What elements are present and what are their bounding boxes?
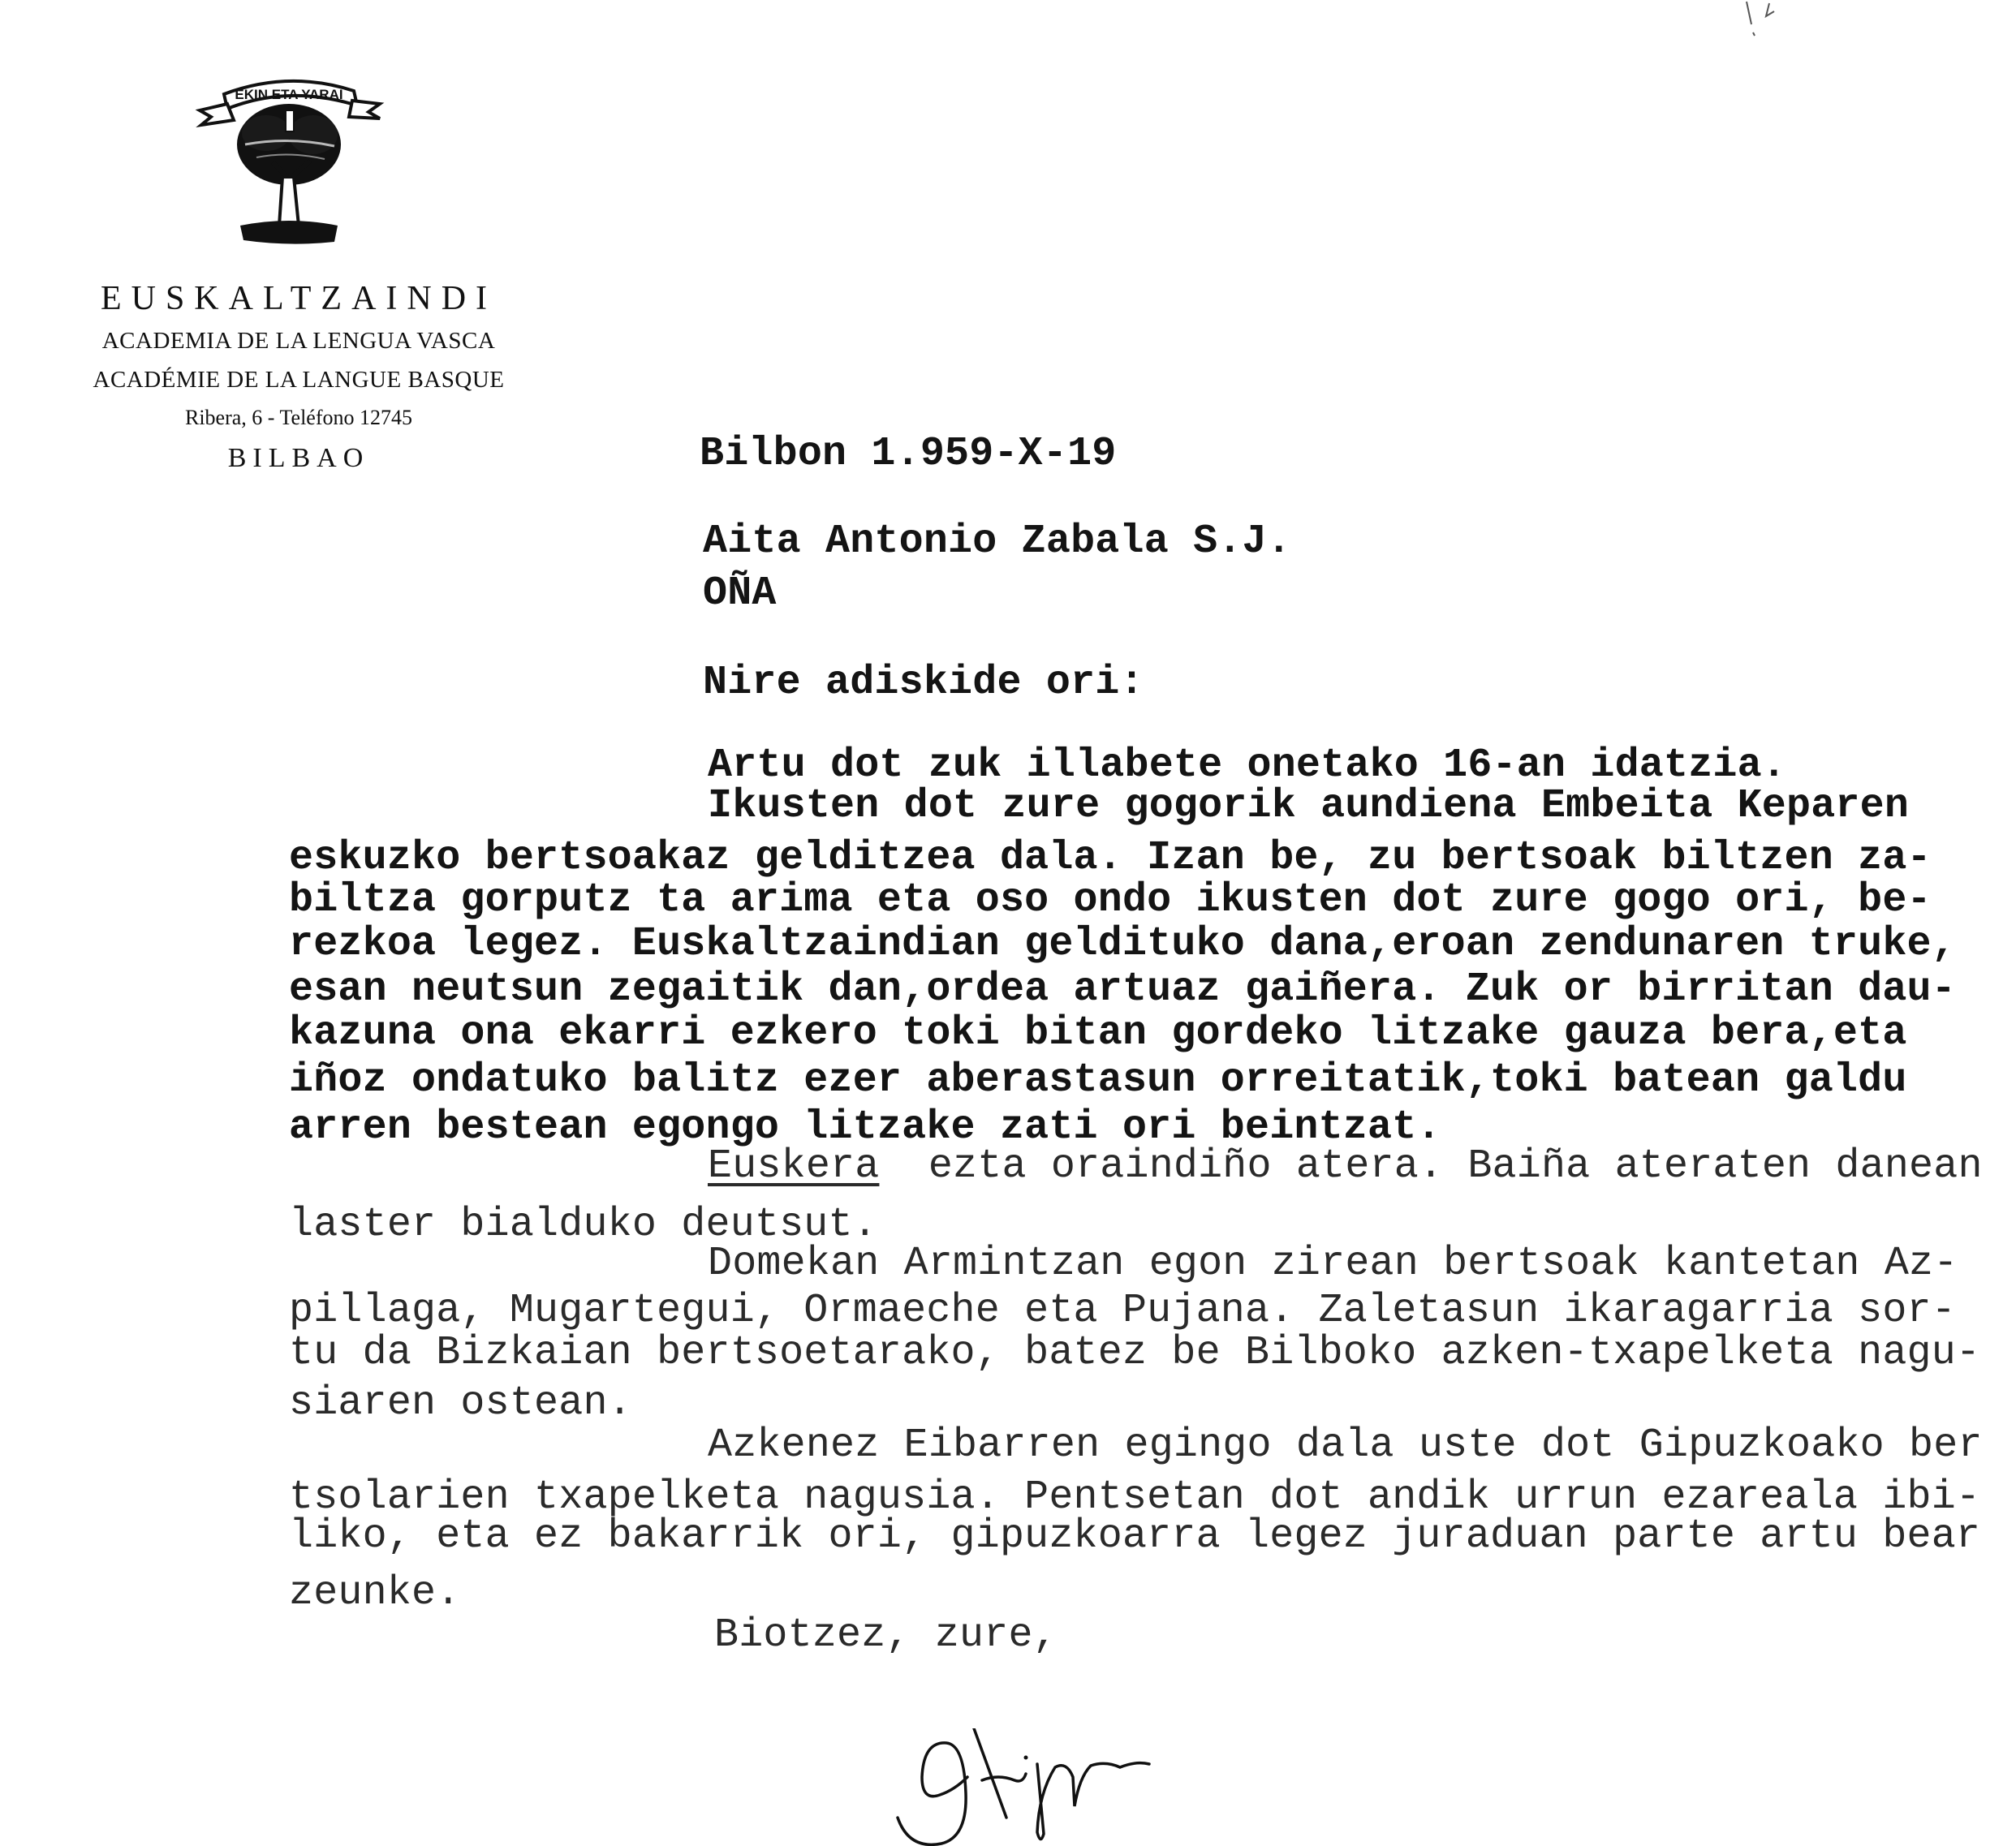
date-line: Bilbon 1.959-X-19	[700, 432, 1116, 477]
organization-subtitle-spanish: ACADEMIA DE LA LENGUA VASCA	[78, 328, 519, 355]
handwritten-signature-icon	[893, 1728, 1209, 1846]
salutation: Nire adiskide ori:	[703, 661, 1144, 706]
body-line-rest: ezta oraindiño atera. Baiña ateraten dan…	[879, 1143, 1982, 1190]
body-line: kazuna ona ekarri ezkero toki bitan gord…	[289, 1011, 1907, 1056]
body-line: Domekan Armintzan egon zirean bertsoak k…	[708, 1241, 1958, 1287]
body-line: esan neutsun zegaitik dan,ordea artuaz g…	[289, 967, 1956, 1013]
closing: Biotzez, zure,	[714, 1613, 1058, 1659]
body-line: Ikusten dot zure gogorik aundiena Embeit…	[708, 784, 1909, 829]
recipient-name: Aita Antonio Zabala S.J.	[703, 519, 1291, 565]
body-line: pillaga, Mugartegui, Ormaeche eta Pujana…	[289, 1289, 1956, 1334]
body-line: iñoz ondatuko balitz ezer aberastasun or…	[289, 1058, 1907, 1104]
organization-address: Ribera, 6 - Teléfono 12745	[78, 406, 519, 430]
body-line: Euskera ezta oraindiño atera. Baiña ater…	[708, 1144, 1983, 1190]
body-line: eskuzko bertsoakaz gelditzea dala. Izan …	[289, 836, 1932, 881]
euskera-publication-title: Euskera	[708, 1143, 879, 1190]
body-line: rezkoa legez. Euskaltzaindian geldituko …	[289, 922, 1956, 967]
stray-ink-mark-icon	[1737, 0, 1802, 37]
oak-tree-with-banner-icon: EKIN ETA YARAI	[192, 63, 386, 248]
organization-name: EUSKALTZAINDI	[78, 279, 519, 318]
letter-page: EKIN ETA YARAI EUSKALTZAINDI ACADEMIA DE…	[0, 0, 2016, 1846]
body-line: zeunke.	[289, 1571, 460, 1616]
organization-subtitle-french: ACADÉMIE DE LA LANGUE BASQUE	[78, 367, 519, 394]
svg-text:EKIN ETA YARAI: EKIN ETA YARAI	[235, 87, 342, 102]
body-line: liko, eta ez bakarrik ori, gipuzkoarra l…	[289, 1514, 1980, 1560]
body-line: biltza gorputz ta arima eta oso ondo iku…	[289, 878, 1932, 923]
organization-city: BILBAO	[78, 443, 519, 474]
body-line: tu da Bizkaian bertsoetarako, batez be B…	[289, 1331, 1980, 1376]
body-line: siaren ostean.	[289, 1381, 632, 1426]
recipient-place: OÑA	[703, 571, 777, 617]
body-line: Artu dot zuk illabete onetako 16-an idat…	[708, 743, 1786, 789]
body-line: Azkenez Eibarren egingo dala uste dot Gi…	[708, 1423, 1983, 1469]
